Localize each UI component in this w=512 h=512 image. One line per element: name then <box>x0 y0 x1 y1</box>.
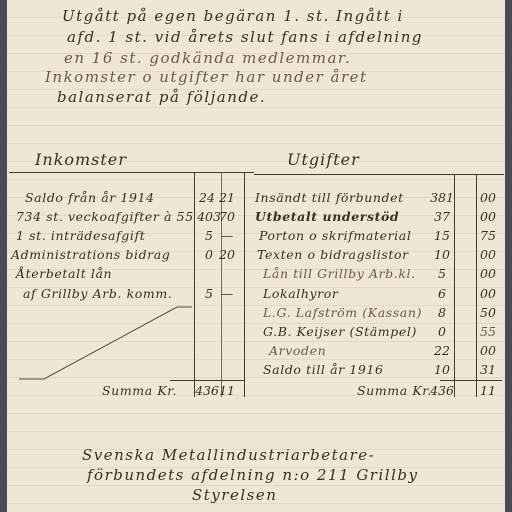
income-row-ore: 21 <box>214 190 240 205</box>
expense-row-kr: 10 <box>429 362 455 377</box>
expenses-total-label: Summa Kr. <box>357 383 432 398</box>
income-total-ore: 11 <box>214 383 240 398</box>
expense-row-kr: 15 <box>429 228 455 243</box>
expense-row-text: G.B. Keijser (Stämpel) <box>263 324 417 339</box>
footer-line-2: förbundets afdelning n:o 211 Grillby <box>87 466 418 484</box>
income-row-ore: — <box>214 228 240 243</box>
intro-line-2: afd. 1 st. vid årets slut fans i afdelni… <box>67 28 423 46</box>
footer-line-1: Svenska Metallindustriarbetare- <box>82 446 375 464</box>
expense-row-ore: 00 <box>475 209 501 224</box>
footer-signature: Styrelsen <box>192 486 277 504</box>
expenses-total-kr: 436 <box>429 383 455 398</box>
intro-line-1: Utgått på egen begäran 1. st. Ingått i <box>62 7 404 25</box>
expense-row-text: Texten o bidragslistor <box>257 247 409 262</box>
expense-row-text: Insändt till förbundet <box>255 190 404 205</box>
expense-row-text: Utbetalt understöd <box>255 209 399 224</box>
income-row-text: Återbetalt lån <box>16 266 112 281</box>
intro-line-5: balanserat på följande. <box>57 88 266 106</box>
income-total-label: Summa Kr. <box>102 383 177 398</box>
ledger-page: Utgått på egen begäran 1. st. Ingått i a… <box>7 0 505 512</box>
expense-row-ore: 00 <box>475 190 501 205</box>
expense-row-kr: 10 <box>429 247 455 262</box>
income-row-text: Administrations bidrag <box>11 247 170 262</box>
income-row-text: af Grillby Arb. komm. <box>23 286 172 301</box>
expense-row-text: Porton o skrifmaterial <box>259 228 411 243</box>
expenses-header: Utgifter <box>287 150 360 169</box>
income-right-rule <box>244 172 245 397</box>
intro-line-4: Inkomster o utgifter har under året <box>45 68 368 86</box>
expense-row-kr: 381 <box>429 190 455 205</box>
expense-row-ore: 75 <box>475 228 501 243</box>
income-row-ore: 20 <box>214 247 240 262</box>
expenses-total-rule <box>440 380 502 381</box>
expense-row-ore: 00 <box>475 266 501 281</box>
expense-row-kr: 8 <box>429 305 455 320</box>
expense-row-kr: 22 <box>429 343 455 358</box>
income-ore-column-rule <box>221 172 222 397</box>
expenses-total-ore: 11 <box>475 383 501 398</box>
expense-row-kr: 5 <box>429 266 455 281</box>
income-row-text: 1 st. inträdesafgift <box>16 228 145 243</box>
expense-row-ore: 50 <box>475 305 501 320</box>
income-header-rule <box>9 172 254 173</box>
filler-diagonal-line <box>7 300 207 385</box>
income-header: Inkomster <box>35 150 127 169</box>
expense-row-text: Lån till Grillby Arb.kl. <box>263 266 416 281</box>
income-row-ore: — <box>214 286 240 301</box>
expense-row-text: Arvoden <box>269 343 326 358</box>
expenses-header-rule <box>254 174 504 175</box>
expense-row-text: Lokalhyror <box>263 286 338 301</box>
expense-row-text: Saldo till år 1916 <box>263 362 384 377</box>
expense-row-kr: 37 <box>429 209 455 224</box>
income-row-text: Saldo från år 1914 <box>25 190 155 205</box>
expense-row-ore: 00 <box>475 247 501 262</box>
income-row-ore: 70 <box>214 209 240 224</box>
expense-row-kr: 0 <box>429 324 455 339</box>
expense-row-text: L.G. Lafström (Kassan) <box>263 305 422 320</box>
expense-row-ore: 31 <box>475 362 501 377</box>
income-row-text: 734 st. veckoafgifter à 55 <box>16 209 194 224</box>
expense-row-kr: 6 <box>429 286 455 301</box>
expense-row-ore: 55 <box>475 324 501 339</box>
expense-row-ore: 00 <box>475 286 501 301</box>
intro-line-3: en 16 st. godkända medlemmar. <box>64 49 351 67</box>
expense-row-ore: 00 <box>475 343 501 358</box>
